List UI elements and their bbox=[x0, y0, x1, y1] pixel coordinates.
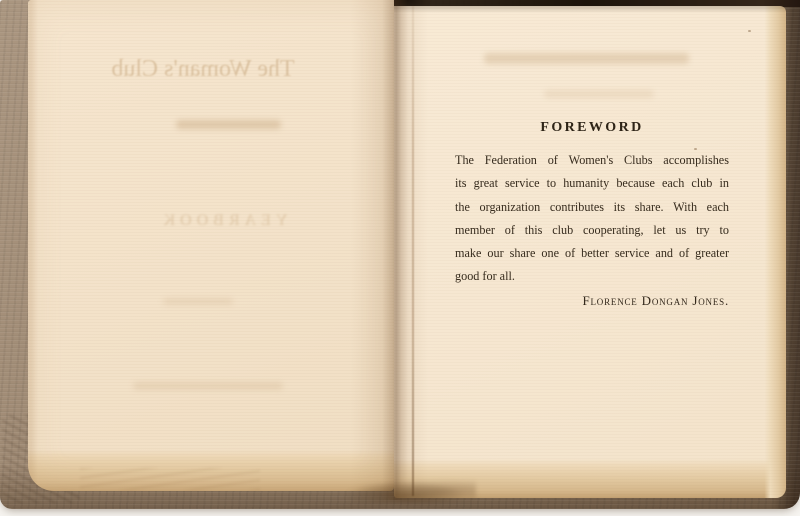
foreword-line: good for all. bbox=[455, 269, 729, 292]
book-scan: The Woman's Club YEARBOOK FOREWORD TheFe… bbox=[0, 0, 800, 516]
bleedthrough-smudge bbox=[133, 382, 283, 390]
foreword-paragraph: TheFederationofWomen'sClubsaccomplishesi… bbox=[455, 153, 729, 293]
left-page: The Woman's Club YEARBOOK bbox=[28, 0, 394, 491]
page-crease bbox=[412, 6, 414, 496]
foreword-line: makeourshareoneofbetterserviceandofgreat… bbox=[455, 246, 729, 269]
page-gutter-shadow bbox=[382, 0, 408, 500]
bleedthrough-smudge bbox=[484, 53, 689, 64]
foreword-line: memberofthisclubcooperating,letustryto bbox=[455, 223, 729, 246]
foreword-heading: FOREWORD bbox=[455, 120, 729, 136]
paper-speck bbox=[694, 148, 697, 150]
bleedthrough-smudge bbox=[176, 120, 281, 129]
bleedthrough-yearbook: YEARBOOK bbox=[128, 212, 318, 230]
foreword-line: TheFederationofWomen'sClubsaccomplishes bbox=[455, 153, 729, 176]
right-page: FOREWORD TheFederationofWomen'sClubsacco… bbox=[394, 6, 786, 498]
bleedthrough-smudge bbox=[544, 90, 654, 98]
left-page-bottom-wrinkle bbox=[80, 468, 260, 490]
gutter-bottom-wrinkle bbox=[346, 478, 476, 504]
foreword-signature: Florence Dongan Jones. bbox=[455, 293, 729, 309]
bleedthrough-smudge bbox=[163, 298, 233, 305]
paper-speck bbox=[748, 30, 751, 32]
foreword-line: itsgreatservicetohumanitybecauseeachclub… bbox=[455, 176, 729, 199]
bleedthrough-title: The Woman's Club bbox=[83, 56, 323, 83]
foreword-line: theorganizationcontributesitsshare.Withe… bbox=[455, 200, 729, 223]
